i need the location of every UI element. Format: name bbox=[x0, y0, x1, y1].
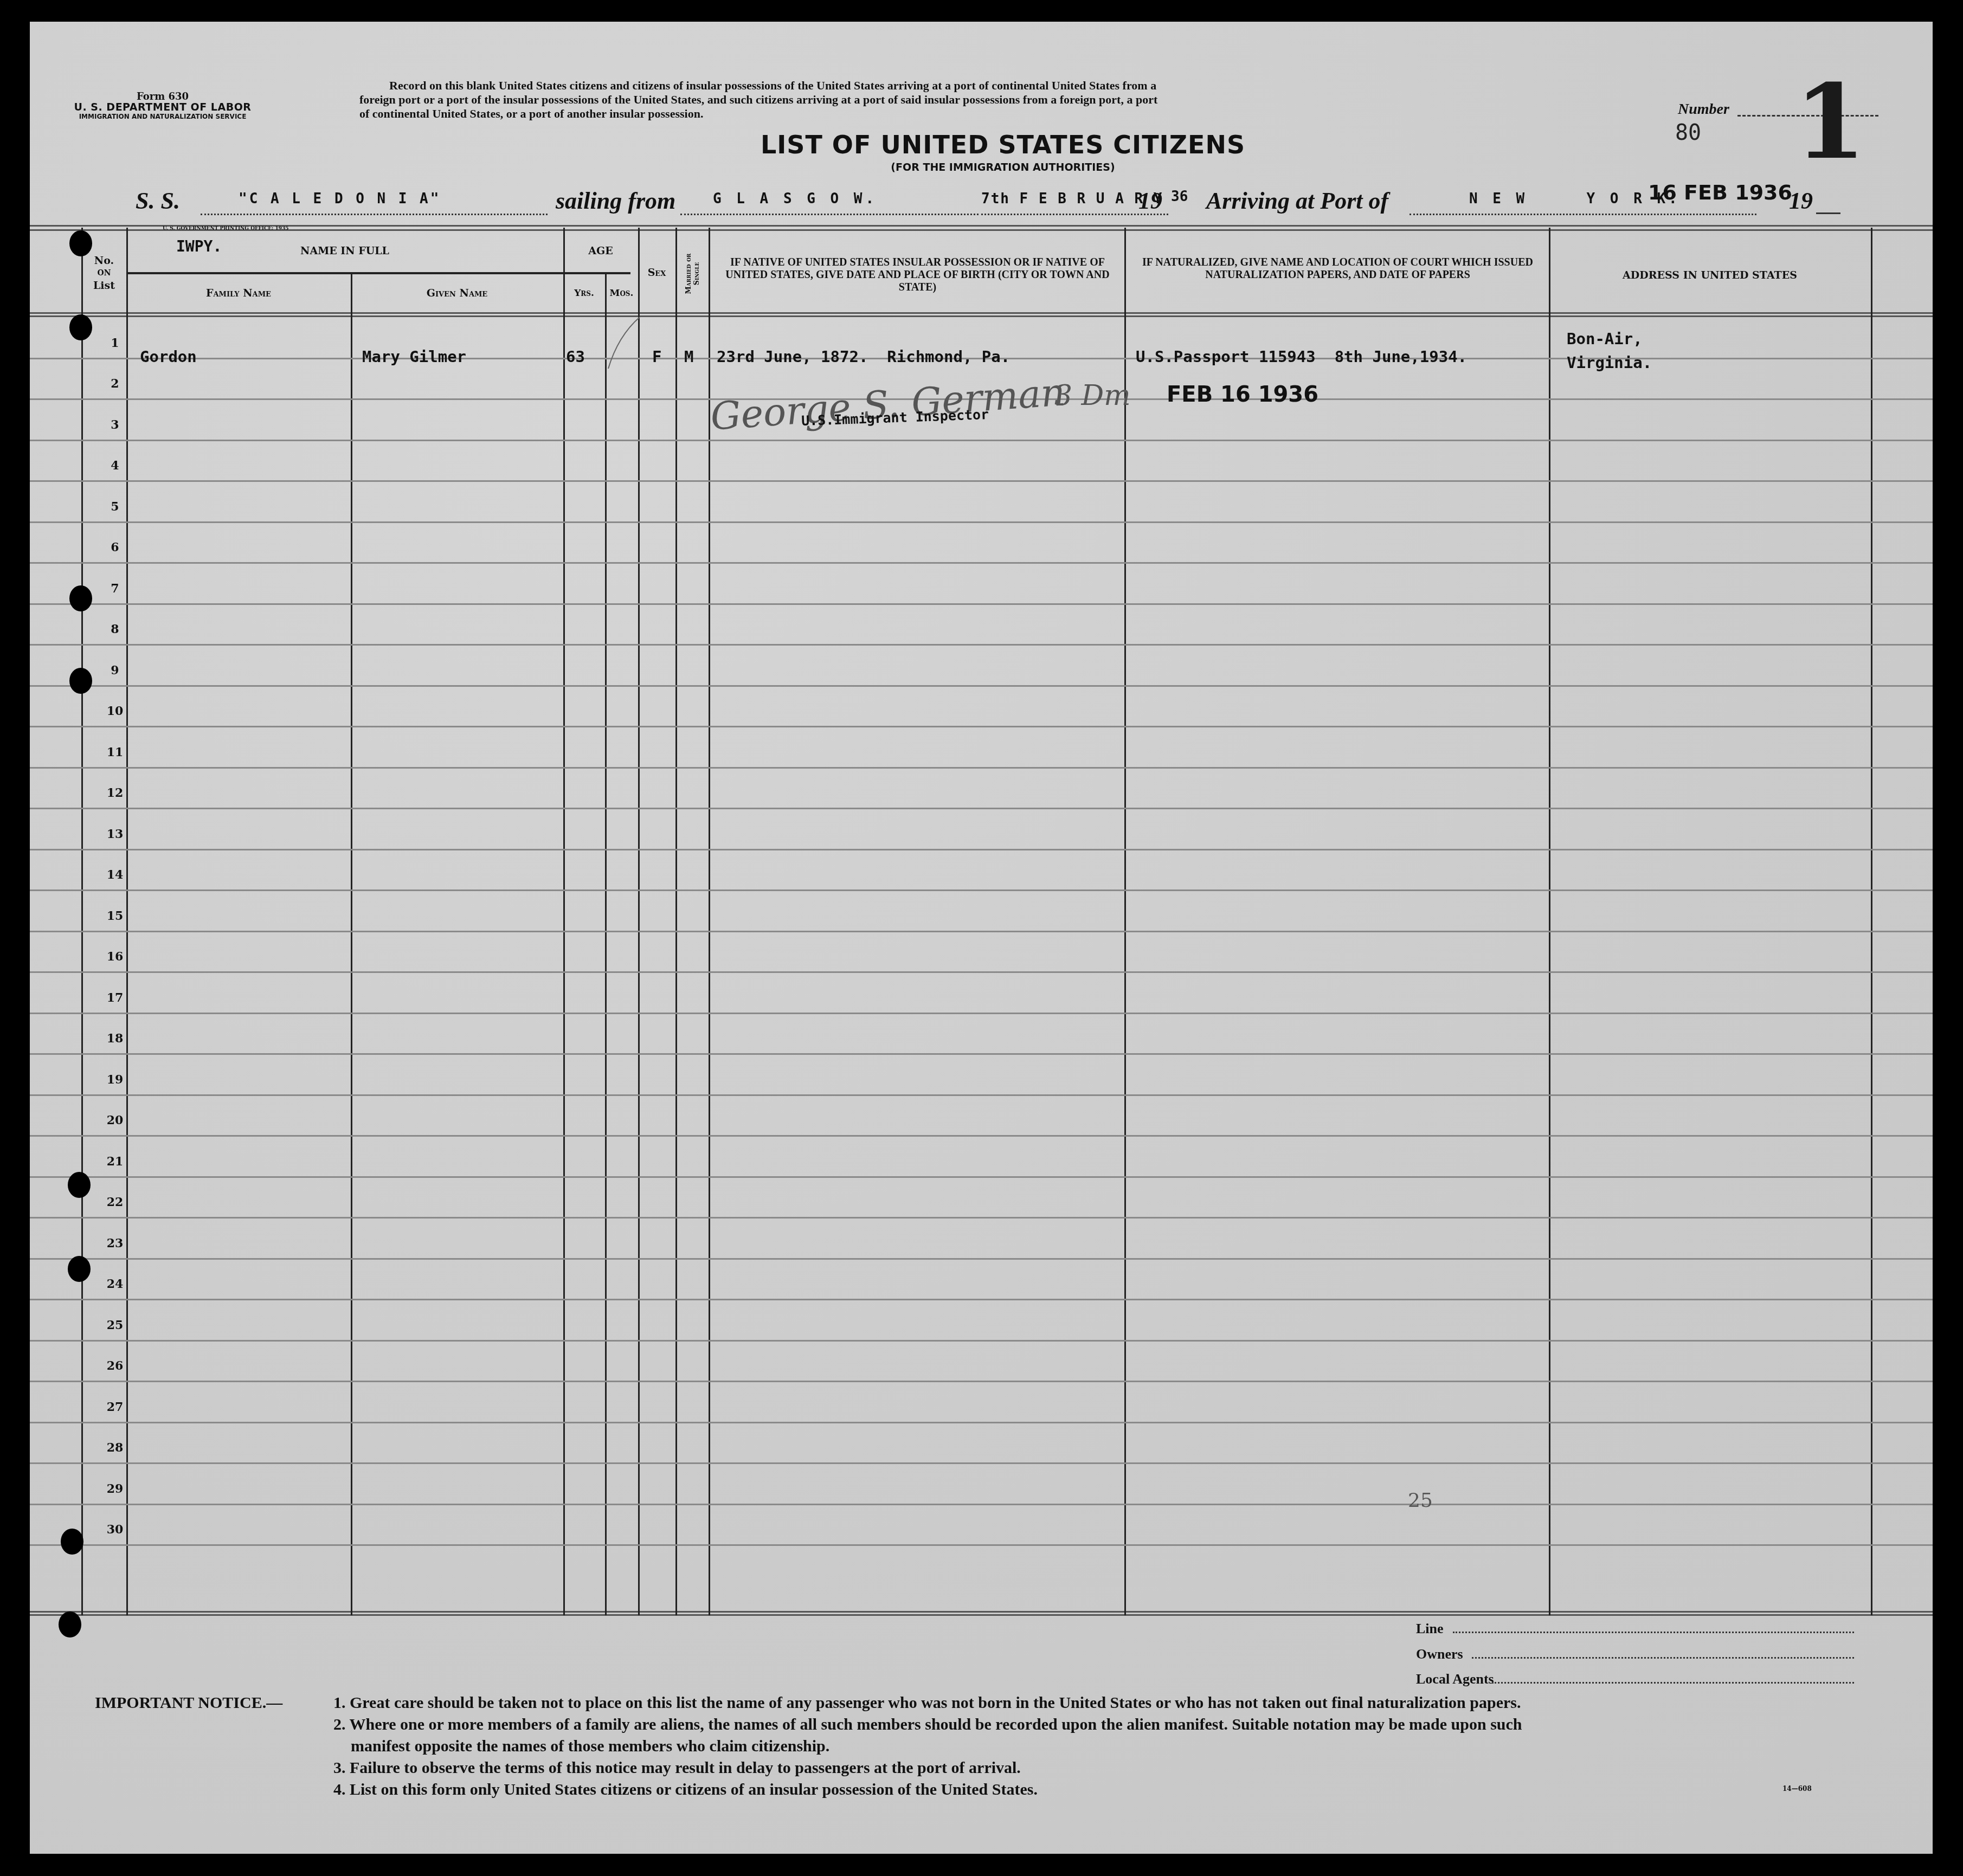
row-number: 16 bbox=[101, 950, 128, 964]
row-number: 8 bbox=[101, 622, 128, 636]
row-number: 30 bbox=[101, 1523, 128, 1537]
col-line bbox=[709, 228, 710, 1615]
header-given-name: Given Name bbox=[351, 287, 563, 300]
arriving-label: Arriving at Port of bbox=[1206, 187, 1388, 215]
notice-item-3: 3. Failure to observe the terms of this … bbox=[95, 1757, 1522, 1779]
row-number: 5 bbox=[101, 500, 128, 514]
row-1-age-yrs[interactable]: 63 bbox=[566, 347, 585, 366]
row-rule bbox=[30, 1381, 1933, 1382]
row-1-birth[interactable]: 23rd June, 1872. Richmond, Pa. bbox=[717, 347, 1010, 366]
row-number: 23 bbox=[101, 1236, 128, 1250]
line-field[interactable] bbox=[1453, 1632, 1854, 1633]
page-title: LIST OF UNITED STATES CITIZENS bbox=[596, 130, 1410, 159]
row-rule bbox=[30, 1217, 1933, 1219]
header-age-mos: Mos. bbox=[605, 287, 638, 300]
row-number: 6 bbox=[101, 540, 128, 555]
row-number: 21 bbox=[101, 1155, 128, 1169]
year-blank-field[interactable] bbox=[1816, 212, 1840, 214]
row-rule bbox=[30, 440, 1933, 441]
header-name-in-full: NAME IN FULL bbox=[126, 245, 563, 257]
year-suffix: 36 bbox=[1171, 189, 1188, 205]
row-number: 12 bbox=[101, 786, 128, 800]
row-number: 14 bbox=[101, 868, 128, 882]
notice-item-4: 4. List on this form only United States … bbox=[95, 1779, 1522, 1801]
row-rule bbox=[30, 1422, 1933, 1423]
row-1-married-single[interactable]: M bbox=[684, 347, 693, 366]
page-mark: 25 bbox=[1408, 1490, 1433, 1512]
row-1-address-line2[interactable]: Virginia. bbox=[1567, 353, 1652, 372]
line-label: Line bbox=[1416, 1621, 1444, 1637]
pencil-mark-icon bbox=[602, 314, 645, 374]
row-number: 9 bbox=[101, 663, 128, 678]
row-number: 24 bbox=[101, 1277, 128, 1291]
sheet-number: 1 bbox=[1794, 70, 1866, 173]
row-number: 10 bbox=[101, 704, 128, 718]
row-number: 15 bbox=[101, 909, 128, 923]
local-agents-label: Local Agents bbox=[1416, 1671, 1494, 1687]
arrival-date-stamp: 16 FEB 1936 bbox=[1648, 180, 1792, 204]
row-number: 26 bbox=[101, 1359, 128, 1373]
col-line bbox=[638, 228, 640, 1615]
binder-hole bbox=[69, 668, 92, 694]
instruction-line: of continental United States, or a port … bbox=[359, 107, 1601, 121]
table-bottom-rule-2 bbox=[30, 1614, 1933, 1616]
row-number: 1 bbox=[101, 336, 128, 350]
ss-label: S. S. bbox=[136, 187, 180, 215]
header-age: AGE bbox=[563, 245, 638, 257]
row-number: 20 bbox=[101, 1113, 128, 1127]
notice-item-2-cont: manifest opposite the names of those mem… bbox=[95, 1736, 1522, 1757]
instruction-line: foreign port or a port of the insular po… bbox=[359, 93, 1601, 107]
row-rule bbox=[30, 849, 1933, 850]
ship-name-field[interactable]: "C A L E D O N I A" bbox=[201, 191, 548, 215]
row-rule bbox=[30, 767, 1933, 769]
header-naturalized: IF NATURALIZED, GIVE NAME AND LOCATION O… bbox=[1133, 256, 1542, 281]
binder-hole bbox=[68, 1172, 91, 1198]
row-number: 2 bbox=[101, 377, 128, 391]
notice-item-1: 1. Great care should be taken not to pla… bbox=[333, 1694, 1521, 1712]
col-line bbox=[1549, 228, 1550, 1615]
row-number: 18 bbox=[101, 1032, 128, 1046]
row-rule bbox=[30, 889, 1933, 891]
stamp-number: 80 bbox=[1675, 120, 1701, 145]
row-rule bbox=[30, 1299, 1933, 1300]
row-number: 28 bbox=[101, 1441, 128, 1455]
row-number: 7 bbox=[101, 582, 128, 596]
row-rule bbox=[30, 1462, 1933, 1464]
row-number: 3 bbox=[101, 418, 128, 432]
binder-hole bbox=[69, 585, 92, 611]
header-family-name: Family Name bbox=[126, 287, 351, 300]
row-rule bbox=[30, 480, 1933, 482]
number-label: Number bbox=[1678, 101, 1729, 118]
header-age-yrs: Yrs. bbox=[563, 287, 605, 300]
header-bottom-rule bbox=[30, 312, 1933, 314]
ship-name: "C A L E D O N I A" bbox=[239, 191, 441, 207]
year-blank-label: 19 bbox=[1789, 187, 1813, 215]
local-agents-field[interactable] bbox=[1492, 1682, 1854, 1684]
row-number: 17 bbox=[101, 991, 128, 1005]
row-rule bbox=[30, 521, 1933, 523]
col-line bbox=[675, 228, 677, 1615]
binder-hole bbox=[69, 314, 92, 340]
row-number: 11 bbox=[101, 745, 128, 759]
header-bottom-rule-2 bbox=[30, 315, 1933, 317]
col-line bbox=[563, 228, 565, 1615]
row-rule bbox=[30, 726, 1933, 727]
table-top-rule bbox=[30, 225, 1933, 227]
name-header-divider bbox=[126, 272, 630, 274]
binder-hole bbox=[69, 230, 92, 256]
table-bottom-rule bbox=[30, 1611, 1933, 1613]
row-number: 29 bbox=[101, 1482, 128, 1496]
row-number: 13 bbox=[101, 827, 128, 841]
signature-note: 3 Dm bbox=[1054, 379, 1131, 412]
col-line bbox=[81, 228, 83, 1615]
owners-label: Owners bbox=[1416, 1646, 1463, 1662]
row-rule bbox=[30, 1544, 1933, 1546]
form-identifier: Form 630 U. S. DEPARTMENT OF LABOR IMMIG… bbox=[60, 92, 266, 120]
header-no-on-list: No. ON List bbox=[82, 255, 126, 292]
row-rule bbox=[30, 603, 1933, 605]
row-number: 22 bbox=[101, 1195, 128, 1209]
binder-hole bbox=[68, 1256, 91, 1282]
row-rule bbox=[30, 1053, 1933, 1055]
port-from: G L A S G O W. bbox=[713, 191, 877, 207]
row-rule bbox=[30, 685, 1933, 687]
notice-label: IMPORTANT NOTICE.— bbox=[95, 1692, 333, 1714]
header-address: ADDRESS IN UNITED STATES bbox=[1549, 269, 1871, 282]
row-rule bbox=[30, 808, 1933, 809]
row-number: 27 bbox=[101, 1400, 128, 1414]
row-1-family-name[interactable]: Gordon bbox=[140, 347, 197, 366]
col-line bbox=[1871, 228, 1872, 1615]
important-notice: IMPORTANT NOTICE.—1. Great care should b… bbox=[95, 1692, 1522, 1801]
header-birth: IF NATIVE OF UNITED STATES INSULAR POSSE… bbox=[716, 256, 1119, 294]
row-rule bbox=[30, 971, 1933, 973]
row-rule bbox=[30, 1135, 1933, 1137]
row-rule bbox=[30, 1340, 1933, 1342]
row-rule bbox=[30, 1258, 1933, 1260]
form-instructions: Record on this blank United States citiz… bbox=[359, 79, 1601, 121]
row-rule bbox=[30, 644, 1933, 646]
row-rule bbox=[30, 931, 1933, 932]
year-prefix: 19 bbox=[1138, 187, 1162, 215]
owners-field[interactable] bbox=[1472, 1657, 1854, 1659]
row-rule bbox=[30, 562, 1933, 564]
row-rule bbox=[30, 1504, 1933, 1505]
sailing-from-label: sailing from bbox=[556, 187, 675, 215]
col-line bbox=[605, 274, 607, 1615]
port-from-field[interactable]: G L A S G O W. bbox=[680, 191, 979, 215]
row-rule bbox=[30, 1176, 1933, 1178]
col-line bbox=[351, 274, 352, 1615]
printing-office-note: U. S. GOVERNMENT PRINTING OFFICE: 1935 bbox=[163, 226, 289, 231]
page-subtitle: (FOR THE IMMIGRATION AUTHORITIES) bbox=[596, 162, 1410, 173]
header-married-single: Married or Single bbox=[685, 248, 701, 300]
departure-date: 7th F E B R U A R Y bbox=[981, 191, 1163, 207]
binder-hole bbox=[59, 1611, 81, 1638]
row-1-sex[interactable]: F bbox=[652, 347, 661, 366]
instruction-line: Record on this blank United States citiz… bbox=[359, 79, 1601, 93]
department-name: U. S. DEPARTMENT OF LABOR bbox=[60, 102, 266, 113]
row-number: 19 bbox=[101, 1073, 128, 1087]
footer-code: 14—608 bbox=[1782, 1785, 1812, 1793]
inspection-date-stamp: FEB 16 1936 bbox=[1167, 382, 1318, 407]
col-line bbox=[1124, 228, 1126, 1615]
row-1-naturalized[interactable]: U.S.Passport 115943 8th June,1934. bbox=[1136, 347, 1467, 366]
row-number: 25 bbox=[101, 1318, 128, 1332]
row-number: 4 bbox=[101, 459, 128, 473]
row-1-given-name[interactable]: Mary Gilmer bbox=[362, 347, 466, 366]
notice-item-2: 2. Where one or more members of a family… bbox=[95, 1714, 1522, 1736]
table-top-rule-2 bbox=[30, 229, 1933, 231]
row-1-address-line1[interactable]: Bon-Air, bbox=[1567, 330, 1643, 348]
service-name: IMMIGRATION AND NATURALIZATION SERVICE bbox=[60, 113, 266, 120]
row-rule bbox=[30, 1094, 1933, 1096]
binder-hole bbox=[61, 1529, 83, 1555]
header-sex: Sex bbox=[638, 267, 675, 279]
row-rule bbox=[30, 1013, 1933, 1014]
